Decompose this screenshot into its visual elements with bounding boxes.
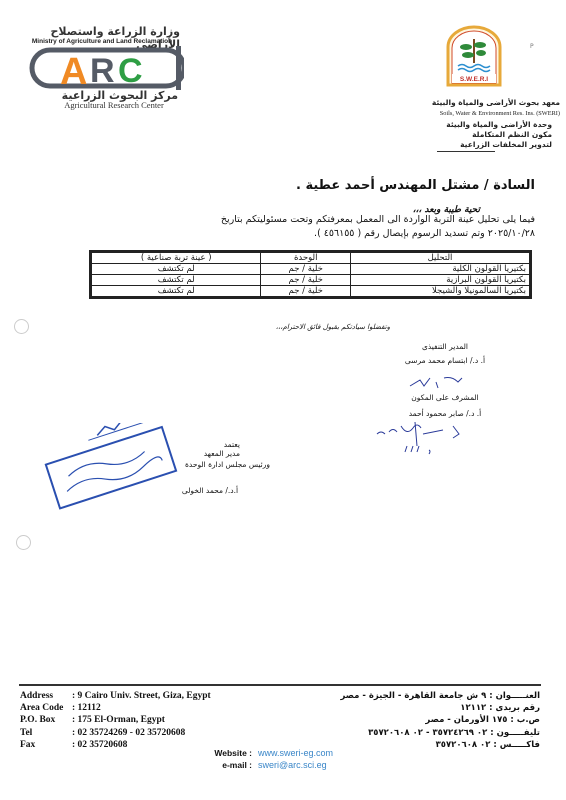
header-unit: الوحدة	[261, 252, 351, 264]
cell-unit: خلية / جم	[261, 264, 351, 275]
recipient: السادة / مشتل المهندس أحمد عطية .	[200, 178, 535, 193]
table-row: بكتيريا القولون البرازية خلية / جم لم تك…	[91, 275, 531, 286]
approve-label: يعتمد	[200, 440, 240, 449]
cell-analysis: بكتيريا القولون الكلية	[351, 264, 531, 275]
cell-result: لم تكتشف	[91, 264, 261, 275]
email-label: e-mail :	[190, 760, 252, 770]
footer-contact-arabic: العنـــــوان : ٩ ش جامعة القاهرة - الجيز…	[292, 690, 540, 751]
supervisor-name: أ. د./ صابر محمود أحمد	[385, 409, 505, 418]
table-row: بكتيريا السالمونيلا والشيجلا خلية / جم ل…	[91, 286, 531, 298]
svg-text:C: C	[118, 52, 143, 90]
cell-unit: خلية / جم	[261, 286, 351, 298]
paragraph-line-2: ٢٠٢٥/١٠/٢٨ وتم تسديد الرسوم بإيصال رقم (…	[200, 228, 535, 239]
footer-contact-english: Address: 9 Cairo Univ. Street, Giza, Egy…	[20, 690, 280, 751]
director-label: مدير المعهد	[190, 449, 240, 458]
footer-row: Area Code: 12112	[20, 702, 280, 714]
email-link[interactable]: sweri@arc.sci.eg	[258, 760, 327, 770]
unit-name: وحدة الأراضى والمياة والبيئة مكون النظم …	[400, 120, 552, 150]
header-result: ( عينة تربة صناعية )	[91, 252, 261, 264]
arc-logo-icon: A R C	[26, 46, 184, 90]
signature-date-icon	[375, 420, 505, 460]
svg-text:R: R	[90, 52, 115, 90]
footer-divider	[19, 684, 541, 686]
executive-title: المدير التنفيذى	[400, 342, 490, 351]
ministry-name-english: Ministry of Agriculture and Land Reclama…	[22, 38, 182, 45]
results-table: التحليل الوحدة ( عينة تربة صناعية ) بكتي…	[89, 250, 532, 299]
cell-analysis: بكتيريا السالمونيلا والشيجلا	[351, 286, 531, 298]
cell-result: لم تكتشف	[91, 286, 261, 298]
svg-text:S.W.E.R.I: S.W.E.R.I	[460, 76, 488, 83]
cell-unit: خلية / جم	[261, 275, 351, 286]
divider	[437, 151, 495, 152]
unit-line: لتدوير المخلفات الزراعية	[400, 140, 552, 150]
footer-row: Address: 9 Cairo Univ. Street, Giza, Egy…	[20, 690, 280, 702]
punch-hole-icon	[14, 319, 29, 334]
footer-row: ص.ب : ١٧٥ الأورمان - مصر	[292, 714, 540, 726]
center-name-english: Agricultural Research Center	[44, 100, 184, 110]
footer-row: رقم بريدى : ١٢١١٢	[292, 702, 540, 714]
cell-result: لم تكتشف	[91, 275, 261, 286]
signature-icon	[405, 372, 465, 392]
website-link[interactable]: www.sweri-eg.com	[258, 748, 333, 758]
chair-label: ورئيس مجلس ادارة الوحدة	[140, 460, 270, 469]
corner-mark: P	[530, 43, 534, 50]
supervisor-title: المشرف على المكون	[395, 393, 495, 402]
unit-line: وحدة الأراضى والمياة والبيئة	[400, 120, 552, 130]
institute-name-arabic: معهد بحوث الأراضى والمياة والبيئة	[400, 98, 560, 107]
footer-row: P.O. Box: 175 El-Orman, Egypt	[20, 714, 280, 726]
footer-row: تليفـــــون : ٠٢ ٣٥٧٢٤٢٦٩ - ٠٢ ٣٥٧٢٠٦٠٨	[292, 727, 540, 739]
footer-row: Tel: 02 35724269 - 02 35720608	[20, 727, 280, 739]
svg-text:A: A	[60, 51, 87, 90]
table-row: بكتيريا القولون الكلية خلية / جم لم تكتش…	[91, 264, 531, 275]
executive-name: أ. د./ ابتسام محمد مرسى	[390, 356, 500, 365]
header-analysis: التحليل	[351, 252, 531, 264]
unit-line: مكون النظم المتكاملة	[400, 130, 552, 140]
director-name: أ.د./ محمد الخولى	[170, 486, 250, 495]
paragraph-line-1: فيما يلى تحليل عينة التربة الواردة الى ا…	[100, 214, 535, 225]
closing-line: وتفضلوا سيادتكم بقبول فائق الاحترام،،،	[190, 323, 390, 331]
sweri-logo-icon: S.W.E.R.I	[444, 25, 504, 87]
institute-name-english: Soils, Water & Environment Res. Ins. (SW…	[400, 110, 560, 117]
footer-row: العنـــــوان : ٩ ش جامعة القاهرة - الجيز…	[292, 690, 540, 702]
punch-hole-icon	[16, 535, 31, 550]
table-header-row: التحليل الوحدة ( عينة تربة صناعية )	[91, 252, 531, 264]
cell-analysis: بكتيريا القولون البرازية	[351, 275, 531, 286]
website-label: Website :	[190, 748, 252, 758]
